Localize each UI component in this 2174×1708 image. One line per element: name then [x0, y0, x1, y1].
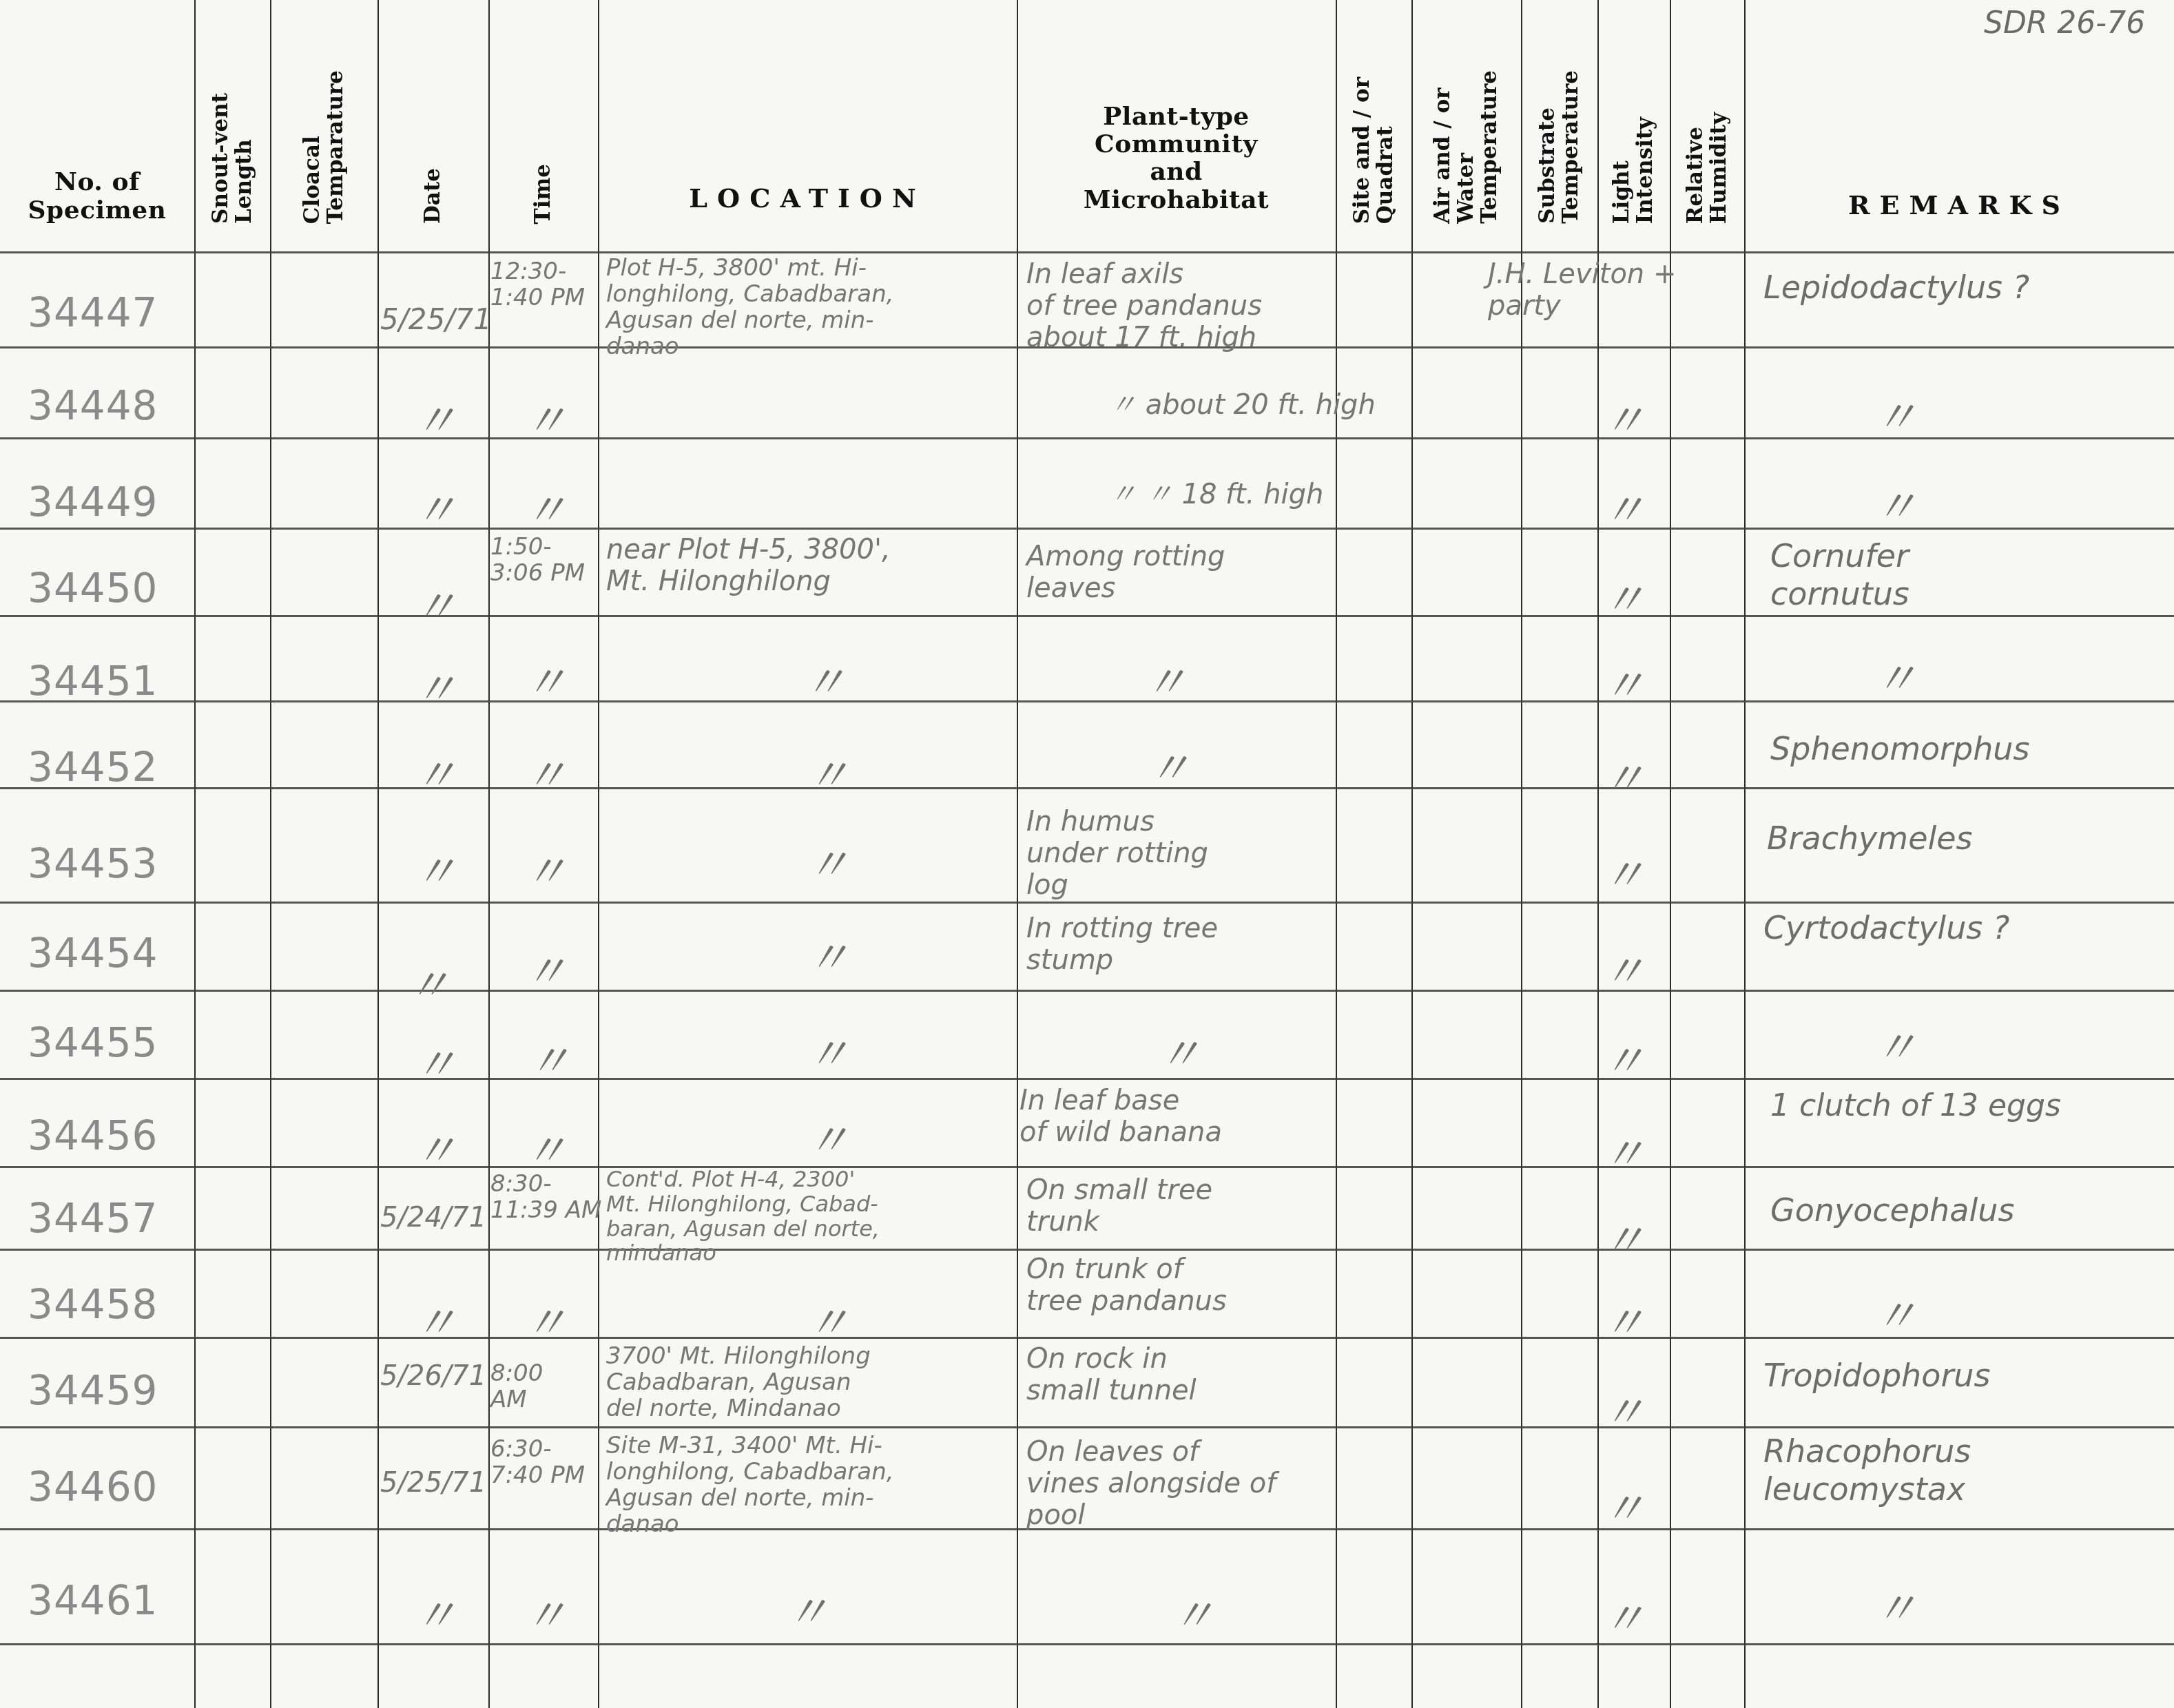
- microhabitat-ditto: 〃: [1147, 733, 1191, 797]
- specimen-number: 34456: [28, 1112, 158, 1159]
- row-divider: [0, 615, 2174, 617]
- date-ditto: 〃: [406, 950, 451, 1014]
- row-divider: [0, 1249, 2174, 1251]
- time-ditto: 〃: [524, 740, 568, 804]
- location-ditto: 〃: [806, 830, 850, 893]
- light-ditto: 〃: [1602, 1119, 1646, 1183]
- specimen-number: 34455: [28, 1019, 158, 1066]
- date-ditto: 〃: [413, 654, 457, 718]
- remarks-ditto: 〃: [1874, 382, 1918, 446]
- remarks-cell: Brachymeles: [1767, 820, 1972, 857]
- microhabitat-ditto: 〃: [1143, 647, 1188, 711]
- remarks-ditto: 〃: [1874, 1281, 1918, 1344]
- time-ditto: 〃: [524, 386, 568, 449]
- column-divider: [1597, 0, 1599, 1708]
- microhabitat-cell: In leaf base of wild banana: [1019, 1085, 1222, 1148]
- specimen-number: 34449: [28, 479, 158, 525]
- light-ditto: 〃: [1602, 1474, 1646, 1537]
- row-divider: [0, 437, 2174, 439]
- specimen-number: 34457: [28, 1195, 158, 1242]
- location-ditto: 〃: [785, 1577, 829, 1641]
- microhabitat-cell: In rotting tree stump: [1026, 913, 1218, 976]
- row-divider: [0, 787, 2174, 789]
- column-divider: [194, 0, 196, 1708]
- light-ditto: 〃: [1602, 651, 1646, 714]
- time-ditto: 〃: [524, 1288, 568, 1351]
- location-ditto: 〃: [806, 923, 850, 986]
- light-ditto: 〃: [1602, 475, 1646, 539]
- date-cell: 5/24/71: [380, 1202, 486, 1233]
- date-ditto: 〃: [413, 475, 457, 539]
- location-ditto: 〃: [803, 647, 847, 711]
- time-cell: 1:50- 3:06 PM: [490, 534, 585, 586]
- location-cell: Site M-31, 3400' Mt. Hi- longhilong, Cab…: [606, 1433, 894, 1537]
- column-divider: [1521, 0, 1522, 1708]
- date-ditto: 〃: [413, 1116, 457, 1179]
- time-ditto: 〃: [527, 1026, 571, 1090]
- specimen-number: 34461: [28, 1577, 158, 1624]
- row-divider: [0, 1426, 2174, 1428]
- header-light-intensity: Light Intensity: [1597, 0, 1670, 251]
- time-ditto: 〃: [524, 937, 568, 1000]
- time-ditto: 〃: [524, 1581, 568, 1644]
- specimen-number: 34452: [28, 744, 158, 791]
- specimen-number: 34459: [28, 1367, 158, 1414]
- time-cell: 6:30- 7:40 PM: [490, 1436, 585, 1488]
- column-divider: [488, 0, 490, 1708]
- header-plant-type: Plant-type Community and Microhabitat: [1017, 0, 1336, 251]
- header-time: Time: [488, 0, 598, 251]
- light-ditto: 〃: [1602, 1377, 1646, 1441]
- row-divider: [0, 1078, 2174, 1080]
- location-ditto: 〃: [806, 740, 850, 804]
- time-cell: 12:30- 1:40 PM: [490, 258, 585, 311]
- light-ditto: 〃: [1602, 1288, 1646, 1351]
- remarks-cell: Rhacophorus leucomystax: [1763, 1433, 1971, 1508]
- microhabitat-cell: On trunk of tree pandanus: [1026, 1253, 1227, 1317]
- header-location: LOCATION: [598, 0, 1017, 251]
- specimen-number: 34458: [28, 1281, 158, 1328]
- date-ditto: 〃: [413, 386, 457, 449]
- row-divider: [0, 528, 2174, 530]
- light-ditto: 〃: [1602, 1026, 1646, 1090]
- location-cell: near Plot H-5, 3800', Mt. Hilonghilong: [606, 534, 891, 597]
- microhabitat-cell: Among rotting leaves: [1026, 541, 1225, 604]
- microhabitat-cell: On small tree trunk: [1026, 1174, 1212, 1238]
- row-divider: [0, 990, 2174, 992]
- date-cell: 5/25/71: [380, 1467, 486, 1499]
- row-divider: [0, 1643, 2174, 1645]
- specimen-number: 34454: [28, 930, 158, 977]
- remarks-cell: Cornufer cornutus: [1770, 537, 1909, 613]
- light-ditto: 〃: [1602, 937, 1646, 1000]
- remarks-cell: Tropidophorus: [1763, 1357, 1990, 1395]
- microhabitat-cell: 〃 about 20 ft. high: [1109, 389, 1376, 421]
- microhabitat-cell: On rock in small tunnel: [1026, 1343, 1197, 1406]
- header-date: Date: [377, 0, 488, 251]
- column-divider: [598, 0, 599, 1708]
- microhabitat-cell: In humus under rotting log: [1026, 806, 1208, 901]
- column-divider: [1336, 0, 1337, 1708]
- specimen-number: 34448: [28, 382, 158, 429]
- date-ditto: 〃: [413, 1030, 457, 1093]
- light-ditto: 〃: [1602, 565, 1646, 628]
- date-ditto: 〃: [413, 1288, 457, 1351]
- header-air-water-temp: Air and / or Water Temperature: [1411, 0, 1521, 251]
- date-cell: 5/25/71: [380, 303, 492, 336]
- remarks-cell: Lepidodactylus ?: [1763, 269, 2029, 306]
- location-ditto: 〃: [806, 1105, 850, 1169]
- header-specimen-no: No. of Specimen: [0, 0, 194, 251]
- specimen-number: 34460: [28, 1464, 158, 1510]
- date-ditto: 〃: [413, 837, 457, 900]
- microhabitat-cell: In leaf axils of tree pandanus about 17 …: [1026, 258, 1262, 353]
- remarks-cell: Gonyocephalus: [1770, 1191, 2014, 1229]
- location-cell: Cont'd. Plot H-4, 2300' Mt. Hilonghilong…: [606, 1167, 880, 1266]
- row-divider: [0, 1166, 2174, 1168]
- specimen-number: 34450: [28, 565, 158, 612]
- time-ditto: 〃: [524, 475, 568, 539]
- column-divider: [377, 0, 379, 1708]
- remarks-cell: 1 clutch of 13 eggs: [1770, 1088, 2061, 1125]
- header-snout-vent: Snout-vent Length: [194, 0, 270, 251]
- location-ditto: 〃: [806, 1019, 850, 1083]
- specimen-number: 34451: [28, 658, 158, 705]
- microhabitat-ditto: 〃: [1171, 1581, 1215, 1644]
- location-cell: 3700' Mt. Hilonghilong Cabadbaran, Agusa…: [606, 1343, 871, 1421]
- column-divider: [1017, 0, 1018, 1708]
- remarks-cell: Cyrtodactylus ?: [1763, 909, 2009, 947]
- remarks-ditto: 〃: [1874, 472, 1918, 535]
- light-ditto: 〃: [1602, 1584, 1646, 1647]
- header-relative-humidity: Relative Humidity: [1670, 0, 1744, 251]
- time-ditto: 〃: [524, 647, 568, 711]
- specimen-data-sheet: SDR 26-76 No. of Specimen Snout-vent Len…: [0, 0, 2174, 1708]
- remarks-cell: Sphenomorphus: [1770, 730, 2030, 768]
- row-divider: [0, 700, 2174, 702]
- remarks-ditto: 〃: [1874, 1012, 1918, 1076]
- header-remarks: REMARKS: [1744, 0, 2174, 251]
- light-ditto: 〃: [1602, 386, 1646, 449]
- date-ditto: 〃: [413, 572, 457, 635]
- specimen-number: 34453: [28, 840, 158, 887]
- date-ditto: 〃: [413, 740, 457, 804]
- light-ditto: 〃: [1602, 1205, 1646, 1269]
- header-substrate-temp: Substrate Temperature: [1521, 0, 1597, 251]
- light-ditto: 〃: [1602, 840, 1646, 904]
- date-cell: 5/26/71: [380, 1360, 486, 1392]
- microhabitat-cell: On leaves of vines alongside of pool: [1026, 1436, 1276, 1531]
- time-cell: 8:30- 11:39 AM: [490, 1171, 601, 1223]
- row-divider: [0, 902, 2174, 904]
- column-divider: [1744, 0, 1746, 1708]
- column-divider: [1670, 0, 1671, 1708]
- light-ditto: 〃: [1602, 744, 1646, 807]
- column-divider: [1411, 0, 1413, 1708]
- row-divider: [0, 251, 2174, 253]
- location-cell: Plot H-5, 3800' mt. Hi- longhilong, Caba…: [606, 255, 894, 360]
- column-divider: [270, 0, 271, 1708]
- header-cloacal-temp: Cloacal Temparature: [270, 0, 377, 251]
- remarks-ditto: 〃: [1874, 1574, 1918, 1637]
- collector-note: J.H. Leviton + party: [1488, 258, 1695, 322]
- specimen-number: 34447: [28, 289, 158, 336]
- date-ditto: 〃: [413, 1581, 457, 1644]
- row-divider: [0, 1337, 2174, 1339]
- microhabitat-ditto: 〃: [1157, 1019, 1201, 1083]
- header-site-quadrat: Site and / or Quadrat: [1336, 0, 1411, 251]
- microhabitat-cell: 〃 〃 18 ft. high: [1109, 479, 1323, 510]
- remarks-ditto: 〃: [1874, 644, 1918, 707]
- time-ditto: 〃: [524, 837, 568, 900]
- time-cell: 8:00 AM: [490, 1360, 543, 1413]
